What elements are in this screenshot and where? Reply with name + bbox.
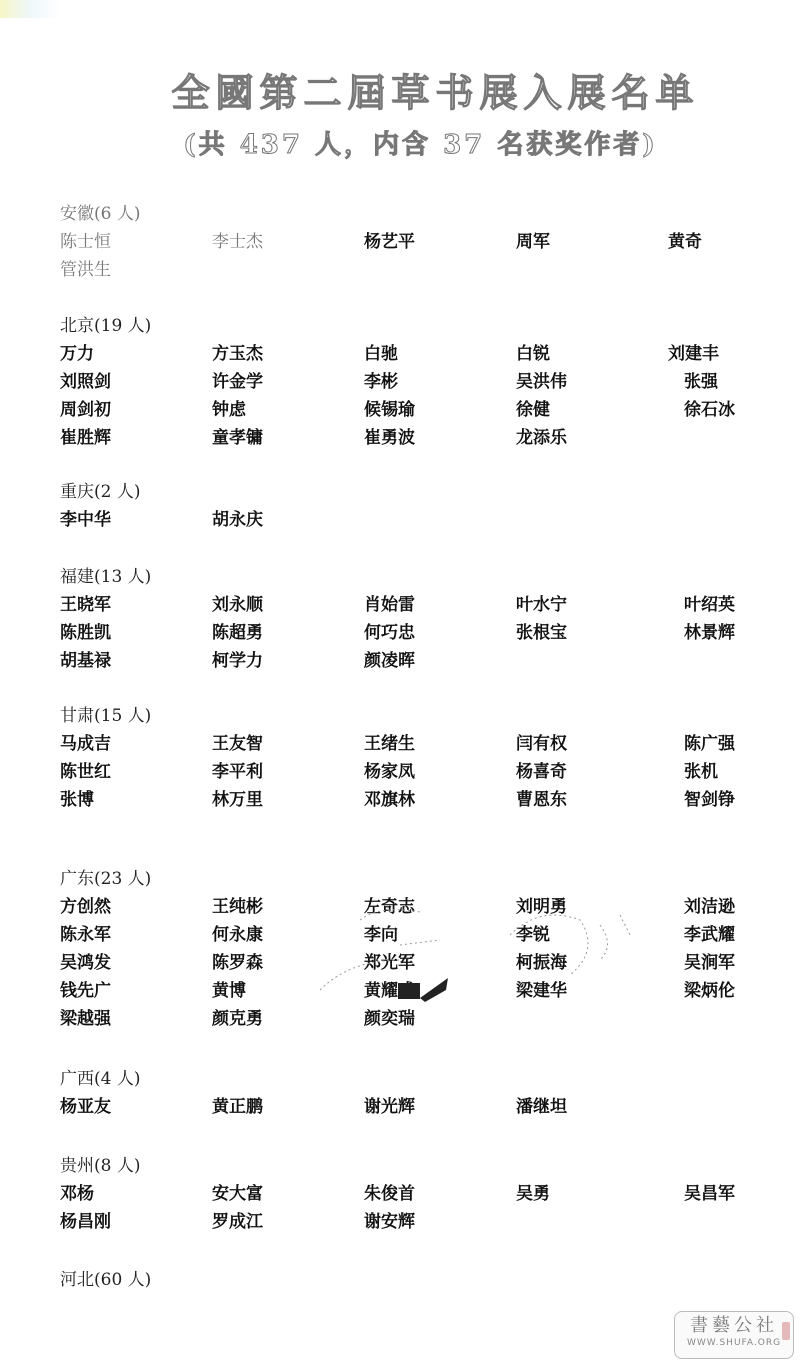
name-cell: 吴涧军 <box>668 949 801 977</box>
name-cell: 罗成江 <box>212 1208 364 1236</box>
name-cell: 徐石冰 <box>668 396 801 424</box>
name-cell: 林景辉 <box>668 619 801 647</box>
name-cell: 黄正鹏 <box>212 1093 364 1121</box>
name-cell: 吴鸿发 <box>60 949 212 977</box>
name-cell: 杨家凤 <box>364 758 516 786</box>
name-row: 李中华 胡永庆 <box>60 506 760 534</box>
name-cell: 张博 <box>60 786 212 814</box>
section-header: 重庆(2 人) <box>60 478 760 506</box>
name-cell: 马成吉 <box>60 730 212 758</box>
section-beijing: 北京(19 人) 万力 方玉杰 白驰 白锐 刘建丰 刘照剑 许金学 李彬 吴洪伟… <box>60 312 760 452</box>
scan-smudge <box>0 0 60 18</box>
name-cell: 刘明勇 <box>516 893 668 921</box>
name-row: 胡基禄 柯学力 颜凌晖 <box>60 647 760 675</box>
section-fujian: 福建(13 人) 王晓军 刘永顺 肖始雷 叶水宁 叶绍英 陈胜凯 陈超勇 何巧忠… <box>60 563 760 675</box>
name-row: 钱先广 黄博 黄耀成 梁建华 梁炳伦 <box>60 977 760 1005</box>
name-row: 梁越强 颜克勇 颜奕瑞 <box>60 1005 760 1033</box>
name-cell: 何永康 <box>212 921 364 949</box>
name-cell: 李平利 <box>212 758 364 786</box>
section-hebei: 河北(60 人) <box>60 1266 760 1294</box>
section-header: 河北(60 人) <box>60 1266 760 1294</box>
section-header: 广东(23 人) <box>60 865 760 893</box>
name-cell: 刘照剑 <box>60 368 212 396</box>
name-cell: 许金学 <box>212 368 364 396</box>
name-cell: 曹恩东 <box>516 786 668 814</box>
name-cell: 陈永军 <box>60 921 212 949</box>
name-cell: 吴勇 <box>516 1180 668 1208</box>
seal-stamp-icon <box>782 1322 790 1340</box>
watermark-url: WWW.SHUFA.ORG <box>675 1338 793 1348</box>
name-cell: 安大富 <box>212 1180 364 1208</box>
name-cell: 梁建华 <box>516 977 668 1005</box>
name-cell: 陈广强 <box>668 730 801 758</box>
name-cell: 张强 <box>668 368 801 396</box>
name-row: 崔胜辉 童孝镛 崔勇波 龙添乐 <box>60 424 760 452</box>
name-row: 杨亚友 黄正鹏 谢光辉 潘继坦 <box>60 1093 760 1121</box>
name-row: 陈胜凯 陈超勇 何巧忠 张根宝 林景辉 <box>60 619 760 647</box>
name-cell: 吴昌军 <box>668 1180 801 1208</box>
name-cell: 崔胜辉 <box>60 424 212 452</box>
name-cell: 周剑初 <box>60 396 212 424</box>
name-row: 张博 林万里 邓旗林 曹恩东 智剑铮 <box>60 786 760 814</box>
document-subtitle: (共 437 人，内含 37 名获奖作者) <box>0 124 801 161</box>
name-cell: 邓旗林 <box>364 786 516 814</box>
name-cell: 方创然 <box>60 893 212 921</box>
name-cell: 杨喜奇 <box>516 758 668 786</box>
name-cell: 王晓军 <box>60 591 212 619</box>
name-cell: 胡基禄 <box>60 647 212 675</box>
name-cell: 刘建丰 <box>668 340 801 368</box>
name-cell: 王绪生 <box>364 730 516 758</box>
name-cell: 钟虑 <box>212 396 364 424</box>
section-header: 贵州(8 人) <box>60 1152 760 1180</box>
name-row: 陈世红 李平利 杨家凤 杨喜奇 张机 <box>60 758 760 786</box>
name-cell: 张根宝 <box>516 619 668 647</box>
name-cell: 李锐 <box>516 921 668 949</box>
section-guangdong: 广东(23 人) 方创然 王纯彬 左奇志 刘明勇 刘洁逊 陈永军 何永康 李向 … <box>60 865 760 1033</box>
name-cell: 崔勇波 <box>364 424 516 452</box>
name-cell: 杨昌刚 <box>60 1208 212 1236</box>
name-cell: 童孝镛 <box>212 424 364 452</box>
name-cell: 黄奇 <box>668 228 801 256</box>
name-row: 万力 方玉杰 白驰 白锐 刘建丰 <box>60 340 760 368</box>
name-cell: 李士杰 <box>212 228 364 256</box>
name-cell: 邓杨 <box>60 1180 212 1208</box>
name-row: 邓杨 安大富 朱俊首 吴勇 吴昌军 <box>60 1180 760 1208</box>
name-cell: 白驰 <box>364 340 516 368</box>
name-cell: 李中华 <box>60 506 212 534</box>
name-cell: 杨艺平 <box>364 228 516 256</box>
name-cell: 候锡瑜 <box>364 396 516 424</box>
name-row: 吴鸿发 陈罗森 郑光军 柯振海 吴涧军 <box>60 949 760 977</box>
section-header: 广西(4 人) <box>60 1065 760 1093</box>
name-row: 刘照剑 许金学 李彬 吴洪伟 张强 <box>60 368 760 396</box>
name-cell: 柯振海 <box>516 949 668 977</box>
name-cell: 朱俊首 <box>364 1180 516 1208</box>
name-cell: 梁越强 <box>60 1005 212 1033</box>
name-row: 陈永军 何永康 李向 李锐 李武耀 <box>60 921 760 949</box>
name-cell: 陈士恒 <box>60 228 212 256</box>
name-cell: 陈世红 <box>60 758 212 786</box>
section-header: 北京(19 人) <box>60 312 760 340</box>
name-cell: 颜奕瑞 <box>364 1005 516 1033</box>
section-gansu: 甘肃(15 人) 马成吉 王友智 王绪生 闫有权 陈广强 陈世红 李平利 杨家凤… <box>60 702 760 814</box>
section-header: 甘肃(15 人) <box>60 702 760 730</box>
name-row: 王晓军 刘永顺 肖始雷 叶水宁 叶绍英 <box>60 591 760 619</box>
name-cell: 万力 <box>60 340 212 368</box>
name-cell: 智剑铮 <box>668 786 801 814</box>
name-cell: 颜克勇 <box>212 1005 364 1033</box>
name-cell: 郑光军 <box>364 949 516 977</box>
name-cell: 林万里 <box>212 786 364 814</box>
name-cell: 方玉杰 <box>212 340 364 368</box>
name-cell: 杨亚友 <box>60 1093 212 1121</box>
name-row: 周剑初 钟虑 候锡瑜 徐健 徐石冰 <box>60 396 760 424</box>
name-cell: 陈罗森 <box>212 949 364 977</box>
section-header: 福建(13 人) <box>60 563 760 591</box>
name-cell: 李武耀 <box>668 921 801 949</box>
name-cell: 陈胜凯 <box>60 619 212 647</box>
name-row: 方创然 王纯彬 左奇志 刘明勇 刘洁逊 <box>60 893 760 921</box>
name-cell: 潘继坦 <box>516 1093 668 1121</box>
name-cell: 颜凌晖 <box>364 647 516 675</box>
name-cell: 管洪生 <box>60 256 212 284</box>
name-cell: 叶水宁 <box>516 591 668 619</box>
name-cell: 刘永顺 <box>212 591 364 619</box>
name-cell: 肖始雷 <box>364 591 516 619</box>
name-cell: 钱先广 <box>60 977 212 1005</box>
name-cell: 叶绍英 <box>668 591 801 619</box>
name-cell: 谢安辉 <box>364 1208 516 1236</box>
name-cell: 胡永庆 <box>212 506 364 534</box>
name-cell: 谢光辉 <box>364 1093 516 1121</box>
name-row: 陈士恒 李士杰 杨艺平 周军 黄奇 <box>60 228 760 256</box>
name-cell: 黄耀成 <box>364 977 516 1005</box>
name-cell: 闫有权 <box>516 730 668 758</box>
name-cell: 周军 <box>516 228 668 256</box>
name-cell: 王友智 <box>212 730 364 758</box>
name-cell: 黄博 <box>212 977 364 1005</box>
name-cell: 白锐 <box>516 340 668 368</box>
document-title: 全國第二屆草书展入展名单 <box>0 62 801 117</box>
name-cell: 李向 <box>364 921 516 949</box>
name-row: 马成吉 王友智 王绪生 闫有权 陈广强 <box>60 730 760 758</box>
name-cell: 左奇志 <box>364 893 516 921</box>
name-cell: 吴洪伟 <box>516 368 668 396</box>
name-cell: 梁炳伦 <box>668 977 801 1005</box>
section-guizhou: 贵州(8 人) 邓杨 安大富 朱俊首 吴勇 吴昌军 杨昌刚 罗成江 谢安辉 <box>60 1152 760 1236</box>
watermark-logo-text: 書藝公社 <box>675 1314 793 1338</box>
section-guangxi: 广西(4 人) 杨亚友 黄正鹏 谢光辉 潘继坦 <box>60 1065 760 1121</box>
name-cell: 张机 <box>668 758 801 786</box>
name-cell: 王纯彬 <box>212 893 364 921</box>
watermark-logo: 書藝公社 WWW.SHUFA.ORG <box>674 1311 794 1359</box>
name-cell: 龙添乐 <box>516 424 668 452</box>
name-cell: 陈超勇 <box>212 619 364 647</box>
name-cell: 徐健 <box>516 396 668 424</box>
name-row: 杨昌刚 罗成江 谢安辉 <box>60 1208 760 1236</box>
section-anhui: 安徽(6 人) 陈士恒 李士杰 杨艺平 周军 黄奇 管洪生 <box>60 200 760 284</box>
section-header: 安徽(6 人) <box>60 200 760 228</box>
name-cell: 李彬 <box>364 368 516 396</box>
name-cell: 刘洁逊 <box>668 893 801 921</box>
name-cell: 何巧忠 <box>364 619 516 647</box>
section-chongqing: 重庆(2 人) 李中华 胡永庆 <box>60 478 760 534</box>
name-row: 管洪生 <box>60 256 760 284</box>
name-cell: 柯学力 <box>212 647 364 675</box>
